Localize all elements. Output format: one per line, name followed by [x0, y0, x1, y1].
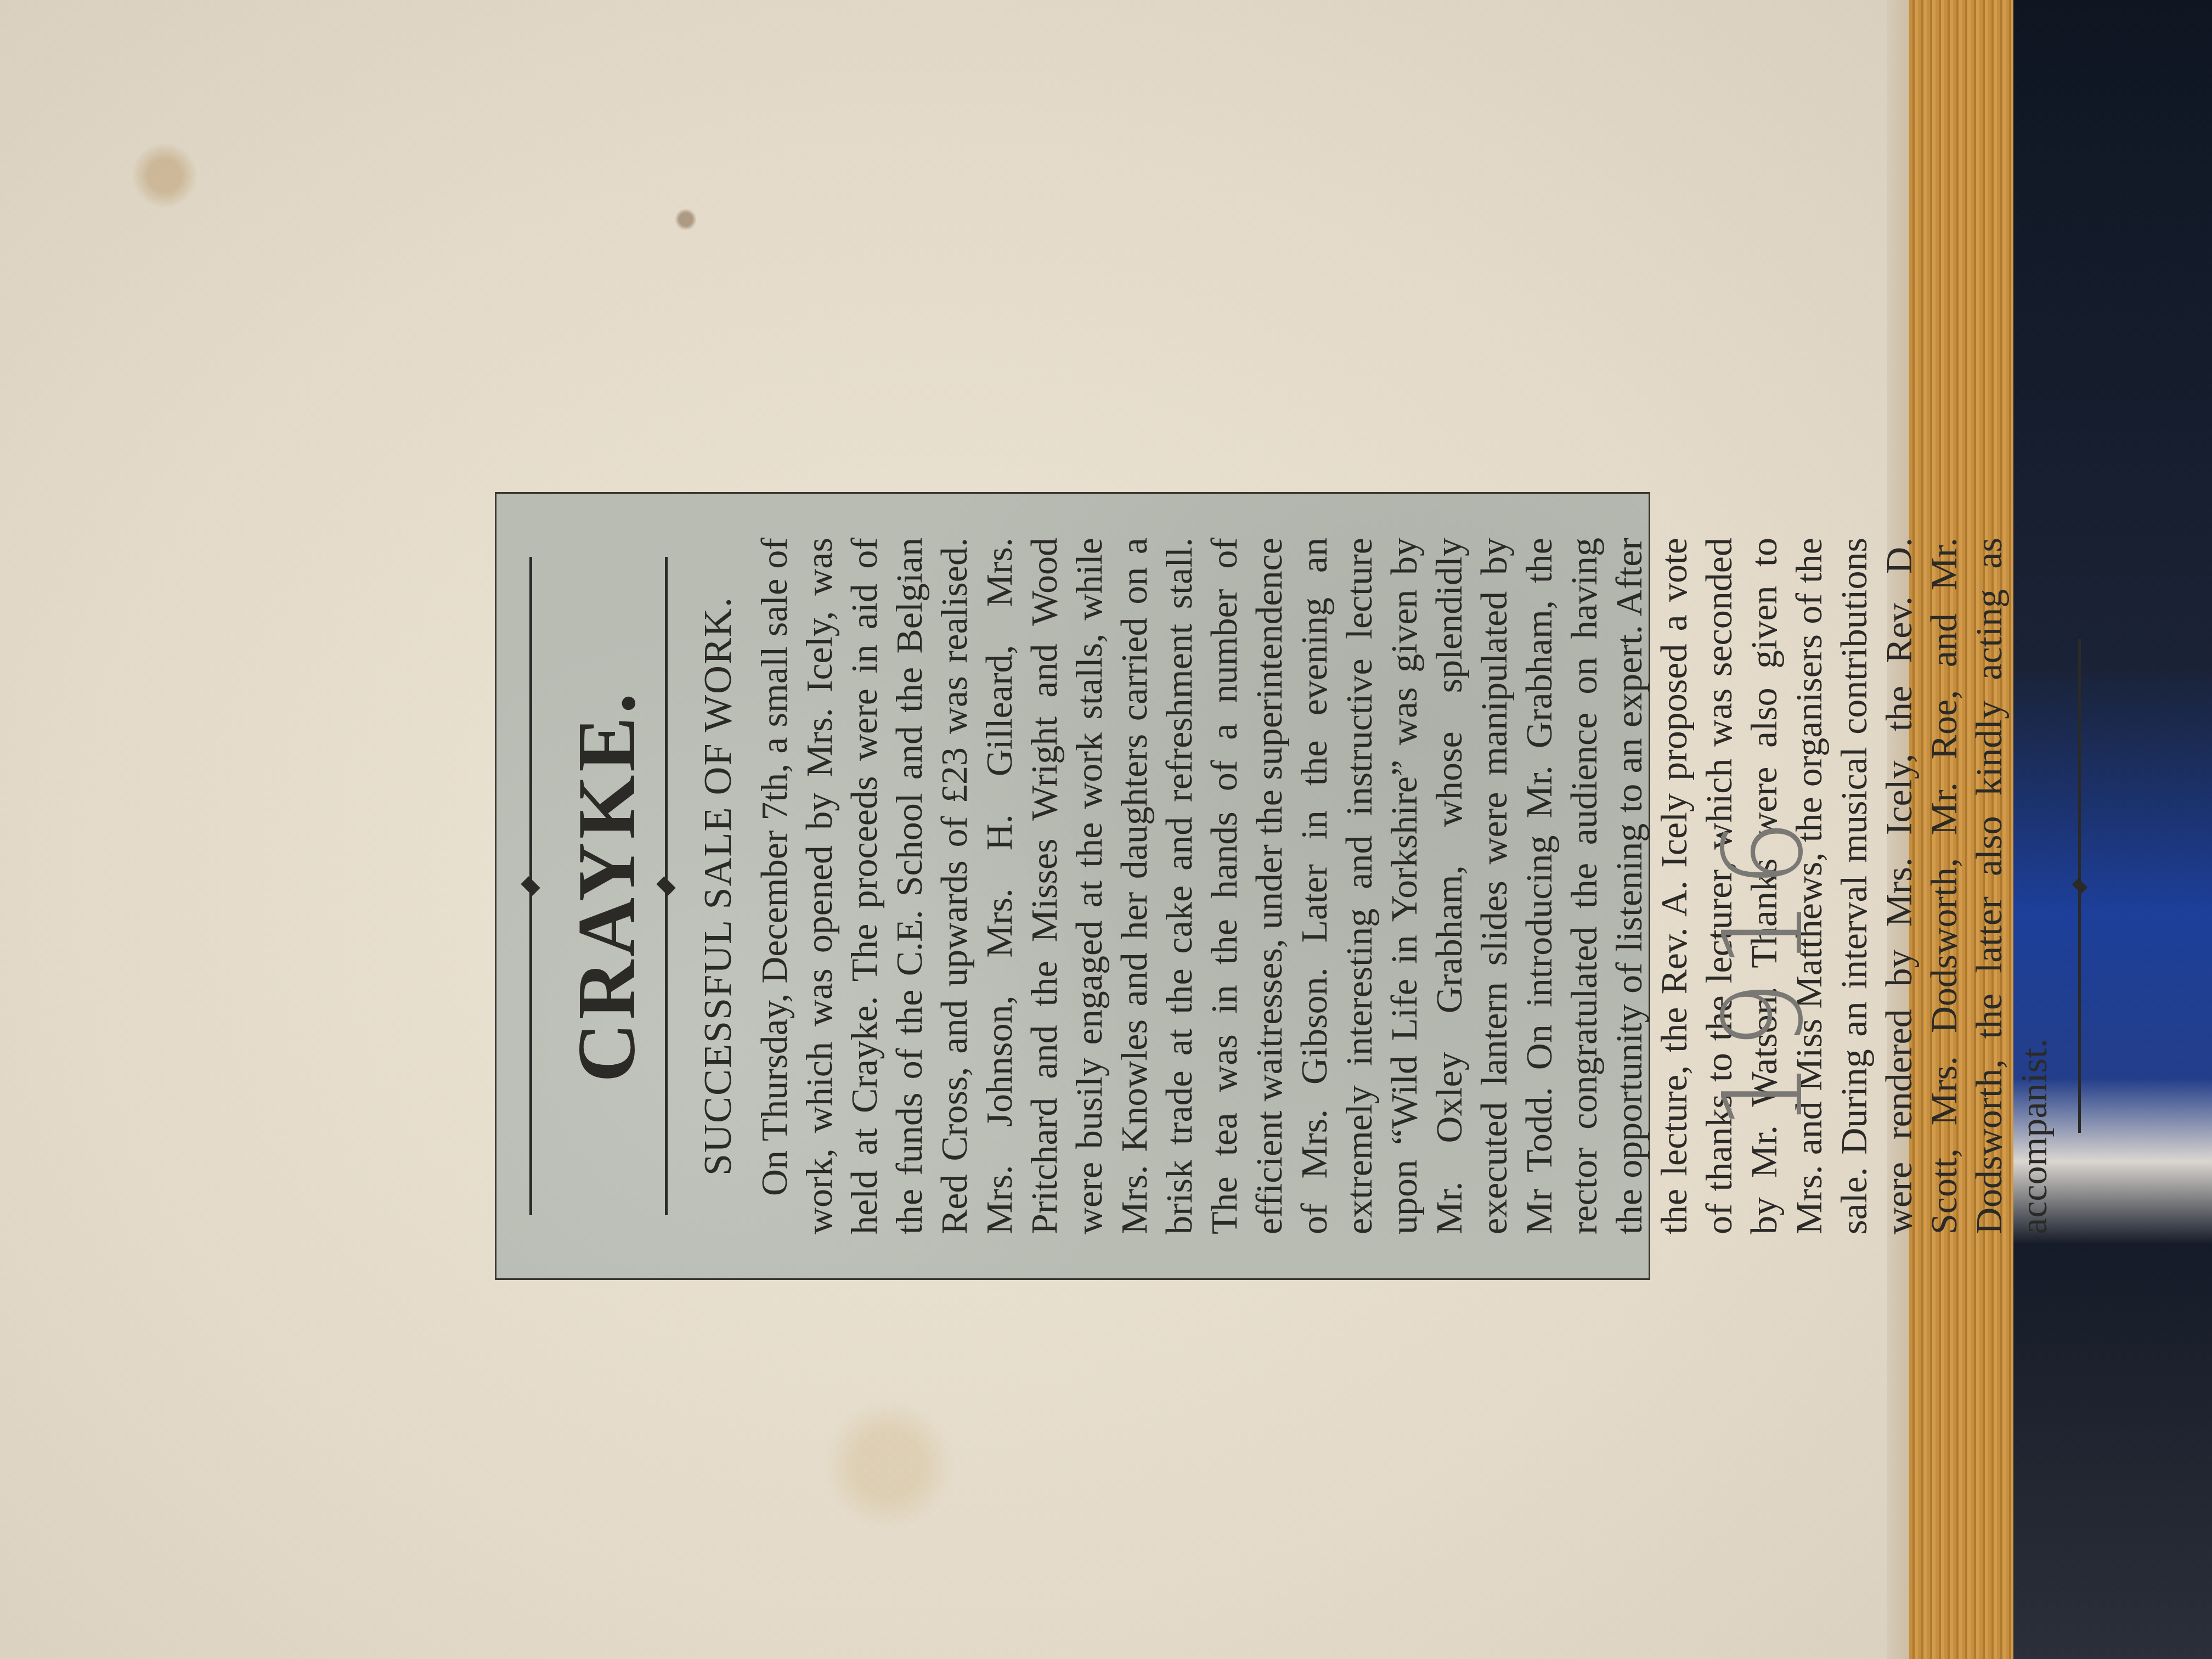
masthead-bottom-rule [665, 557, 673, 1215]
article-end-rule [2078, 639, 2086, 1133]
masthead: CRAYKE. [560, 538, 654, 1234]
newspaper-clipping: CRAYKE. SUCCESSFUL SALE OF WORK. On Thur… [496, 494, 1649, 1278]
article-body: On Thursday, December 7th, a small sale … [752, 538, 2056, 1234]
newspaper-clipping-area: CRAYKE. SUCCESSFUL SALE OF WORK. On Thur… [496, 494, 1649, 1278]
article-subheading: SUCCESSFUL SALE OF WORK. [695, 538, 741, 1234]
masthead-top-rule [529, 557, 538, 1215]
handwritten-year: 1916 [1700, 808, 1827, 1131]
handwritten-year-note: 1916 [1635, 845, 1810, 1075]
